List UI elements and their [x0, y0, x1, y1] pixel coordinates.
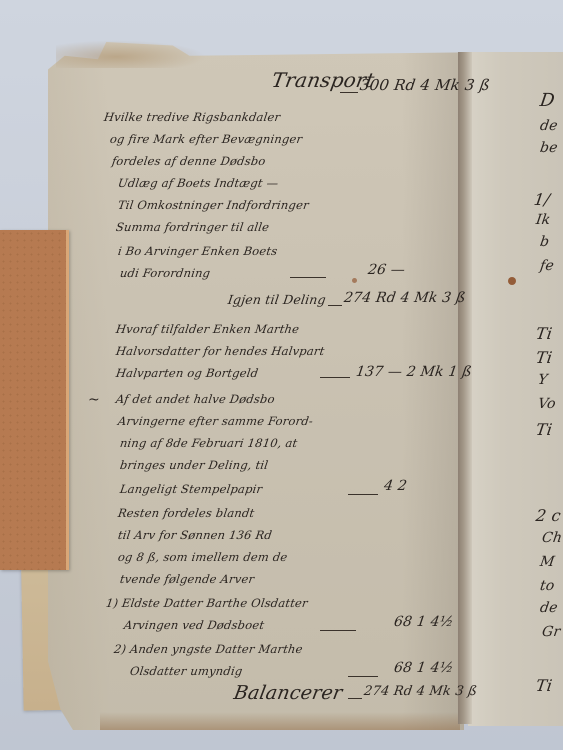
fragment: M [539, 554, 556, 570]
fragment: to [539, 578, 556, 594]
fragment: Ti [535, 676, 554, 695]
entry-line: Til Omkostninger Indfordringer [117, 198, 310, 212]
entry-line: bringes under Deling, til [119, 458, 269, 472]
fragment: Ti [535, 420, 554, 439]
entry-line: Resten fordeles blandt [117, 506, 255, 520]
fragment: Ch [541, 530, 563, 546]
transport-amount: 300 Rd 4 Mk 3 ß [359, 76, 491, 94]
entry-line: tvende følgende Arver [119, 572, 255, 586]
worn-bottom-edge [100, 712, 460, 730]
entry-line: Langeligt Stempelpapir [119, 482, 263, 496]
entry-line: fordeles af denne Dødsbo [111, 154, 267, 168]
rule-line [290, 277, 326, 278]
fragment: Ik [535, 212, 552, 228]
rule-line [348, 698, 362, 699]
fragment: Ti [535, 324, 554, 343]
page-gutter [458, 52, 472, 724]
entry-amount: 26 — [367, 262, 406, 278]
entry-line: Summa fordringer til alle [115, 220, 270, 234]
fragment: Ti [535, 348, 554, 367]
entry-line: i Bo Arvinger Enken Boets [117, 244, 278, 258]
balance-label: Balancerer [232, 682, 344, 704]
entry-line: udi Forordning [119, 266, 211, 280]
torn-top-edge [56, 40, 206, 68]
subtotal-amount: 274 Rd 4 Mk 3 ß [343, 290, 467, 306]
entry-line: Olsdatter umyndig [129, 664, 243, 678]
margin-flourish: ~ [88, 392, 100, 408]
entry-line: til Arv for Sønnen 136 Rd [117, 528, 273, 542]
subtotal-label: Igjen til Deling [227, 292, 327, 307]
entry-line: 2) Anden yngste Datter Marthe [113, 642, 304, 656]
fragment: be [539, 140, 559, 156]
ink-stain [508, 277, 516, 285]
entry-amount: 4 2 [383, 478, 408, 494]
rule-line [320, 377, 350, 378]
entry-line: Arvingen ved Dødsboet [123, 618, 265, 632]
entry-line: Hvilke tredive Rigsbankdaler [103, 110, 281, 124]
entry-line: Hvoraf tilfalder Enken Marthe [115, 322, 300, 336]
entry-line: og 8 ß, som imellem dem de [117, 550, 288, 564]
rule-line [348, 676, 378, 677]
entry-line: Halvorsdatter for hendes Halvpart [115, 344, 325, 358]
rule-line [348, 494, 378, 495]
entry-line: Halvparten og Bortgeld [115, 366, 259, 380]
fragment: Vo [537, 396, 557, 412]
entry-amount: 68 1 4½ [393, 614, 455, 630]
fragment: 2 c [535, 506, 562, 525]
brown-cardboard-card [0, 230, 69, 570]
fragment: de [539, 118, 559, 134]
entry-amount: 137 — 2 Mk 1 ß [355, 364, 473, 380]
entry-line: Arvingerne efter samme Forord- [117, 414, 314, 428]
ink-stain [352, 278, 357, 283]
entry-line: Af det andet halve Dødsbo [115, 392, 276, 406]
balance-amount: 274 Rd 4 Mk 3 ß [363, 684, 478, 699]
rule-line [328, 305, 342, 306]
entry-line: og fire Mark efter Bevægninger [109, 132, 303, 146]
fragment: fe [539, 258, 555, 274]
fragment: de [539, 600, 559, 616]
entry-line: 1) Eldste Datter Barthe Olsdatter [105, 596, 309, 610]
rule-line [340, 92, 358, 93]
entry-line: ning af 8de Februari 1810, at [119, 436, 298, 450]
fragment: 1/ [533, 190, 552, 209]
entry-line: Udlæg af Boets Indtægt — [117, 176, 279, 190]
rule-line [320, 630, 356, 631]
fragment: Gr [541, 624, 562, 640]
fragment: D [539, 90, 557, 111]
entry-amount: 68 1 4½ [393, 660, 455, 676]
